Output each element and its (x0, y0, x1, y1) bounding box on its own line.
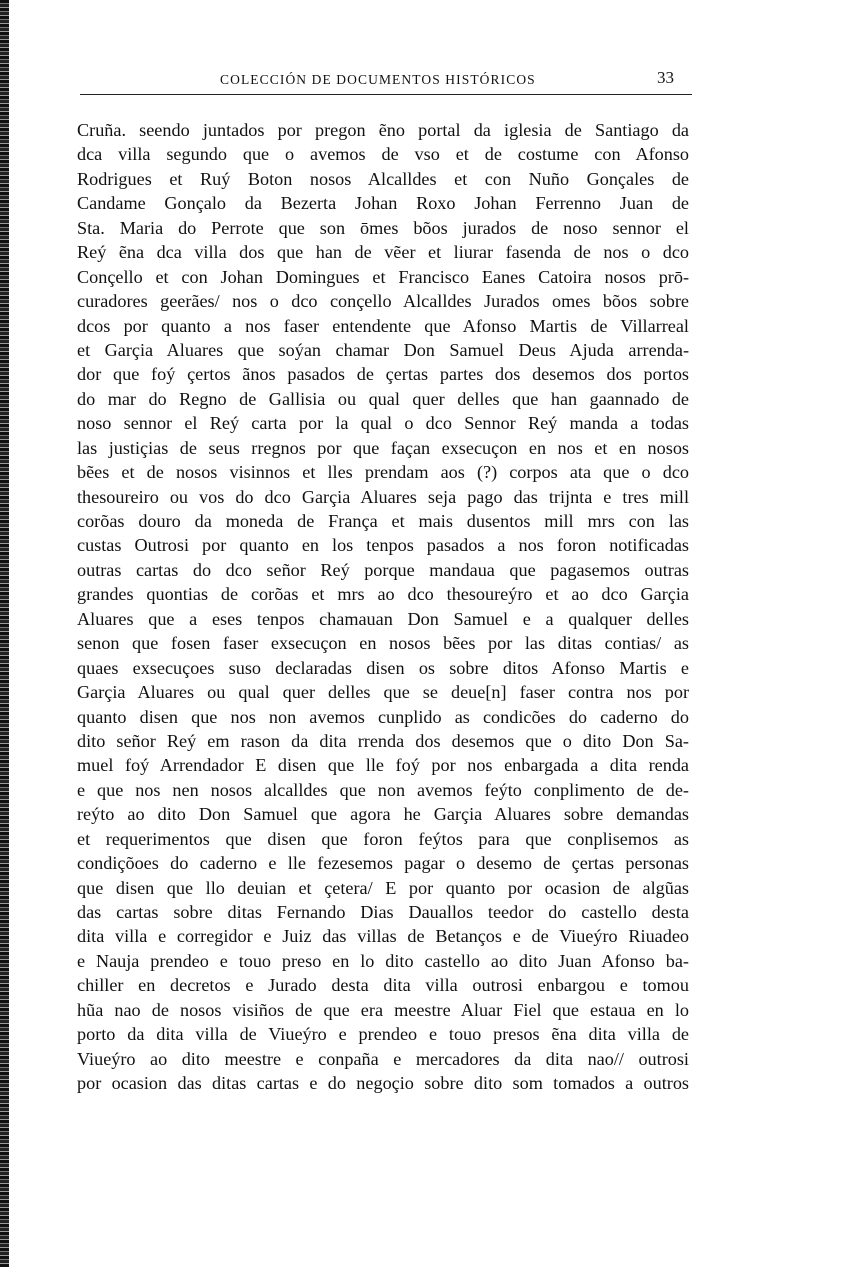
text-line: chiller en decretos e Jurado desta dita … (77, 973, 689, 997)
text-line: et Garçia Aluares que soýan chamar Don S… (77, 338, 689, 362)
text-line: que disen que llo deuian et çetera/ E po… (77, 876, 689, 900)
scan-edge-artifact (0, 0, 9, 1267)
text-line: reýto ao dito Don Samuel que agora he Ga… (77, 802, 689, 826)
text-line: custas Outrosi por quanto en los tenpos … (77, 533, 689, 557)
text-line: et requerimentos que disen que foron feý… (77, 827, 689, 851)
text-line: porto da dita villa de Viueýro e prendeo… (77, 1022, 689, 1046)
text-line: do mar do Regno de Gallisia ou qual quer… (77, 387, 689, 411)
text-line: Cruña. seendo juntados por pregon ẽno po… (77, 118, 689, 142)
text-line: outras cartas do dco señor Reý porque ma… (77, 558, 689, 582)
text-line: e que nos nen nosos alcalldes que non av… (77, 778, 689, 802)
text-line: dito señor Reý em rason da dita rrenda d… (77, 729, 689, 753)
running-head: COLECCIÓN DE DOCUMENTOS HISTÓRICOS (220, 72, 536, 88)
header-rule (80, 94, 692, 95)
text-line: quaes exsecuçoes suso declaradas disen o… (77, 656, 689, 680)
text-line: quanto disen que nos non avemos cunplido… (77, 705, 689, 729)
text-line: e Nauja prendeo e touo preso en lo dito … (77, 949, 689, 973)
text-line: Reý ẽna dca villa dos que han de vẽer et… (77, 240, 689, 264)
text-line: senon que fosen faser exsecuçon en nosos… (77, 631, 689, 655)
text-line: dita villa e corregidor e Juiz das villa… (77, 924, 689, 948)
text-line: las justiçias de seus rregnos por que fa… (77, 436, 689, 460)
text-line: Candame Gonçalo da Bezerta Johan Roxo Jo… (77, 191, 689, 215)
text-line: por ocasion das ditas cartas e do negoçi… (77, 1071, 689, 1095)
text-line: condiçõoes do caderno e lle fezesemos pa… (77, 851, 689, 875)
text-line: noso sennor el Reý carta por la qual o d… (77, 411, 689, 435)
text-line: hũa nao de nosos visiños de que era mees… (77, 998, 689, 1022)
text-line: dca villa segundo que o avemos de vso et… (77, 142, 689, 166)
text-line: Aluares que a eses tenpos chamauan Don S… (77, 607, 689, 631)
text-line: Garçia Aluares ou qual quer delles que s… (77, 680, 689, 704)
text-line: dor que foý çertos ãnos pasados de çerta… (77, 362, 689, 386)
text-line: corõas douro da moneda de França et mais… (77, 509, 689, 533)
page-number: 33 (657, 68, 674, 88)
text-line: dcos por quanto a nos faser entendente q… (77, 314, 689, 338)
page-header: COLECCIÓN DE DOCUMENTOS HISTÓRICOS 33 (80, 64, 692, 96)
text-line: Viueýro ao dito meestre e conpaña e merc… (77, 1047, 689, 1071)
text-line: Sta. Maria do Perrote que son ōmes bõos … (77, 216, 689, 240)
text-line: curadores geerães/ nos o dco conçello Al… (77, 289, 689, 313)
body-text: Cruña. seendo juntados por pregon ẽno po… (77, 118, 689, 1096)
text-line: Rodrigues et Ruý Boton nosos Alcalldes e… (77, 167, 689, 191)
text-line: grandes quontias de corõas et mrs ao dco… (77, 582, 689, 606)
text-line: Conçello et con Johan Domingues et Franc… (77, 265, 689, 289)
text-line: thesoureiro ou vos do dco Garçia Aluares… (77, 485, 689, 509)
text-line: das cartas sobre ditas Fernando Dias Dau… (77, 900, 689, 924)
text-line: bẽes et de nosos visinnos et lles prenda… (77, 460, 689, 484)
text-line: muel foý Arrendador E disen que lle foý … (77, 753, 689, 777)
